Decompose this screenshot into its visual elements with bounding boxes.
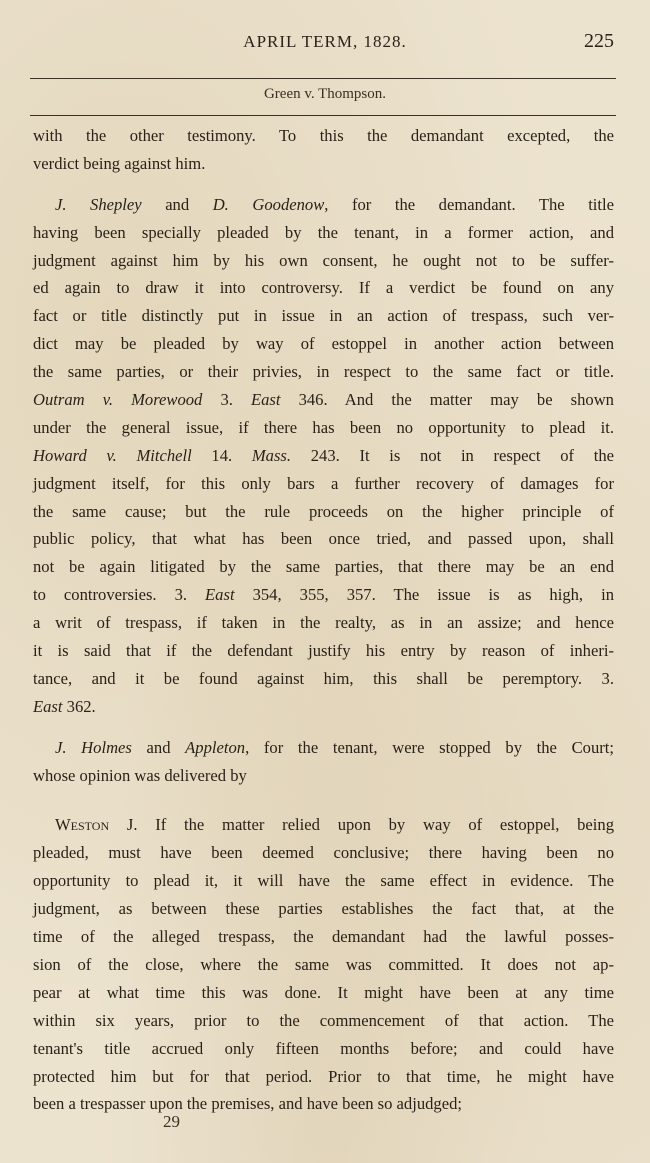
- text-line: protected him but for that period. Prior…: [33, 1063, 614, 1091]
- signature-mark: 29: [163, 1112, 180, 1132]
- text-run: dict may be pleaded by way of estoppel i…: [33, 334, 614, 353]
- text-line: J. Holmes and Appleton, for the tenant, …: [33, 734, 614, 762]
- text-line: verdict being against him.: [33, 150, 614, 178]
- text-run: a writ of trespass, if taken in the real…: [33, 613, 614, 632]
- text-line: Weston J. If the matter relied upon by w…: [33, 811, 614, 839]
- header-rule-top: [30, 78, 616, 79]
- text-run: 346. And the matter may be shown: [280, 390, 614, 409]
- text-run: the same cause; but the rule proceeds on…: [33, 502, 614, 521]
- text-line: Outram v. Morewood 3. East 346. And the …: [33, 386, 614, 414]
- text-run: pear at what time this was done. It migh…: [33, 983, 614, 1002]
- text-run: If the matter relied upon by way of esto…: [137, 815, 614, 834]
- text-line: ed again to draw it into controversy. If…: [33, 274, 614, 302]
- text-run: whose opinion was delivered by: [33, 766, 247, 785]
- text-run: pleaded, must have been deemed conclusiv…: [33, 843, 614, 862]
- text-line: East 362.: [33, 693, 614, 721]
- running-head: APRIL TERM, 1828. 225: [36, 30, 614, 54]
- text-run: 354, 355, 357. The issue is as high, in: [235, 585, 614, 604]
- text-line: under the general issue, if there has be…: [33, 414, 614, 442]
- text-run: judgment, as between these parties estab…: [33, 899, 614, 918]
- text-run: and: [132, 738, 185, 757]
- text-run: judgment against him by his own consent,…: [33, 251, 614, 270]
- text-run: judgment itself, for this only bars a fu…: [33, 474, 614, 493]
- text-line: with the other testimony. To this the de…: [33, 122, 614, 150]
- text-line: to controversies. 3. East 354, 355, 357.…: [33, 581, 614, 609]
- text-line: having been specially pleaded by the ten…: [33, 219, 614, 247]
- text-run: , for the tenant, were stopped by the Co…: [245, 738, 614, 757]
- text-run: fact or title distinctly put in issue in…: [33, 306, 614, 325]
- text-run: public policy, that what has been once t…: [33, 529, 614, 548]
- text-run: not be again litigated by the same parti…: [33, 557, 614, 576]
- text-line: pear at what time this was done. It migh…: [33, 979, 614, 1007]
- text-line: not be again litigated by the same parti…: [33, 553, 614, 581]
- text-run: protected him but for that period. Prior…: [33, 1067, 614, 1086]
- text-line: the same cause; but the rule proceeds on…: [33, 498, 614, 526]
- citation-italic: Appleton: [185, 738, 245, 757]
- judge-name: Weston J.: [55, 815, 137, 834]
- page-number: 225: [584, 30, 614, 53]
- text-line: pleaded, must have been deemed conclusiv…: [33, 839, 614, 867]
- citation-italic: East: [251, 390, 281, 409]
- text-line: fact or title distinctly put in issue in…: [33, 302, 614, 330]
- paragraph-gap: [33, 789, 614, 811]
- text-line: Howard v. Mitchell 14. Mass. 243. It is …: [33, 442, 614, 470]
- text-run: 243. It is not in respect of the: [291, 446, 614, 465]
- book-page: APRIL TERM, 1828. 225 Green v. Thompson.…: [0, 0, 650, 1163]
- paragraph-gap: [33, 721, 614, 734]
- text-run: tenant's title accrued only fifteen mont…: [33, 1039, 614, 1058]
- text-run: 3.: [202, 390, 251, 409]
- text-run: within six years, prior to the commencem…: [33, 1011, 614, 1030]
- text-line: it is said that if the defendant justify…: [33, 637, 614, 665]
- citation-italic: East: [205, 585, 235, 604]
- paragraph: J. Holmes and Appleton, for the tenant, …: [33, 734, 614, 790]
- text-line: sion of the close, where the same was co…: [33, 951, 614, 979]
- paragraph-gap: [33, 178, 614, 191]
- text-run: the same parties, or their privies, in r…: [33, 362, 614, 381]
- text-run: having been specially pleaded by the ten…: [33, 223, 614, 242]
- text-line: whose opinion was delivered by: [33, 762, 614, 790]
- text-run: tance, and it be found against him, this…: [33, 669, 614, 688]
- text-run: time of the alleged trespass, the demand…: [33, 927, 614, 946]
- text-run: and: [142, 195, 213, 214]
- header-rule-bottom: [30, 115, 616, 116]
- text-line: been a trespasser upon the premises, and…: [33, 1090, 614, 1118]
- text-line: public policy, that what has been once t…: [33, 525, 614, 553]
- text-line: the same parties, or their privies, in r…: [33, 358, 614, 386]
- citation-italic: Outram v. Morewood: [33, 390, 202, 409]
- text-run: it is said that if the defendant justify…: [33, 641, 614, 660]
- text-run: opportunity to plead it, it will have th…: [33, 871, 614, 890]
- paragraph: with the other testimony. To this the de…: [33, 122, 614, 178]
- text-run: 14.: [192, 446, 252, 465]
- citation-italic: Mass.: [252, 446, 291, 465]
- case-title: Green v. Thompson.: [0, 86, 650, 103]
- text-line: judgment against him by his own consent,…: [33, 247, 614, 275]
- text-line: tance, and it be found against him, this…: [33, 665, 614, 693]
- text-run: to controversies. 3.: [33, 585, 205, 604]
- text-run: with the other testimony. To this the de…: [33, 126, 614, 145]
- text-line: time of the alleged trespass, the demand…: [33, 923, 614, 951]
- text-line: judgment itself, for this only bars a fu…: [33, 470, 614, 498]
- text-line: opportunity to plead it, it will have th…: [33, 867, 614, 895]
- citation-italic: J. Shepley: [55, 195, 142, 214]
- text-run: been a trespasser upon the premises, and…: [33, 1094, 462, 1113]
- text-run: 362.: [63, 697, 96, 716]
- paragraph: J. Shepley and D. Goodenow, for the dema…: [33, 191, 614, 721]
- text-line: J. Shepley and D. Goodenow, for the dema…: [33, 191, 614, 219]
- text-run: under the general issue, if there has be…: [33, 418, 614, 437]
- running-title: APRIL TERM, 1828.: [36, 32, 614, 52]
- text-run: sion of the close, where the same was co…: [33, 955, 614, 974]
- text-line: tenant's title accrued only fifteen mont…: [33, 1035, 614, 1063]
- citation-italic: D. Goodenow: [213, 195, 325, 214]
- text-run: ed again to draw it into controversy. If…: [33, 278, 614, 297]
- paragraph: Weston J. If the matter relied upon by w…: [33, 811, 614, 1118]
- citation-italic: J. Holmes: [55, 738, 132, 757]
- text-line: dict may be pleaded by way of estoppel i…: [33, 330, 614, 358]
- citation-italic: Howard v. Mitchell: [33, 446, 192, 465]
- text-line: judgment, as between these parties estab…: [33, 895, 614, 923]
- text-line: within six years, prior to the commencem…: [33, 1007, 614, 1035]
- text-run: , for the demandant. The title: [324, 195, 614, 214]
- citation-italic: East: [33, 697, 63, 716]
- text-line: a writ of trespass, if taken in the real…: [33, 609, 614, 637]
- text-run: verdict being against him.: [33, 154, 205, 173]
- body-text: with the other testimony. To this the de…: [33, 122, 614, 1118]
